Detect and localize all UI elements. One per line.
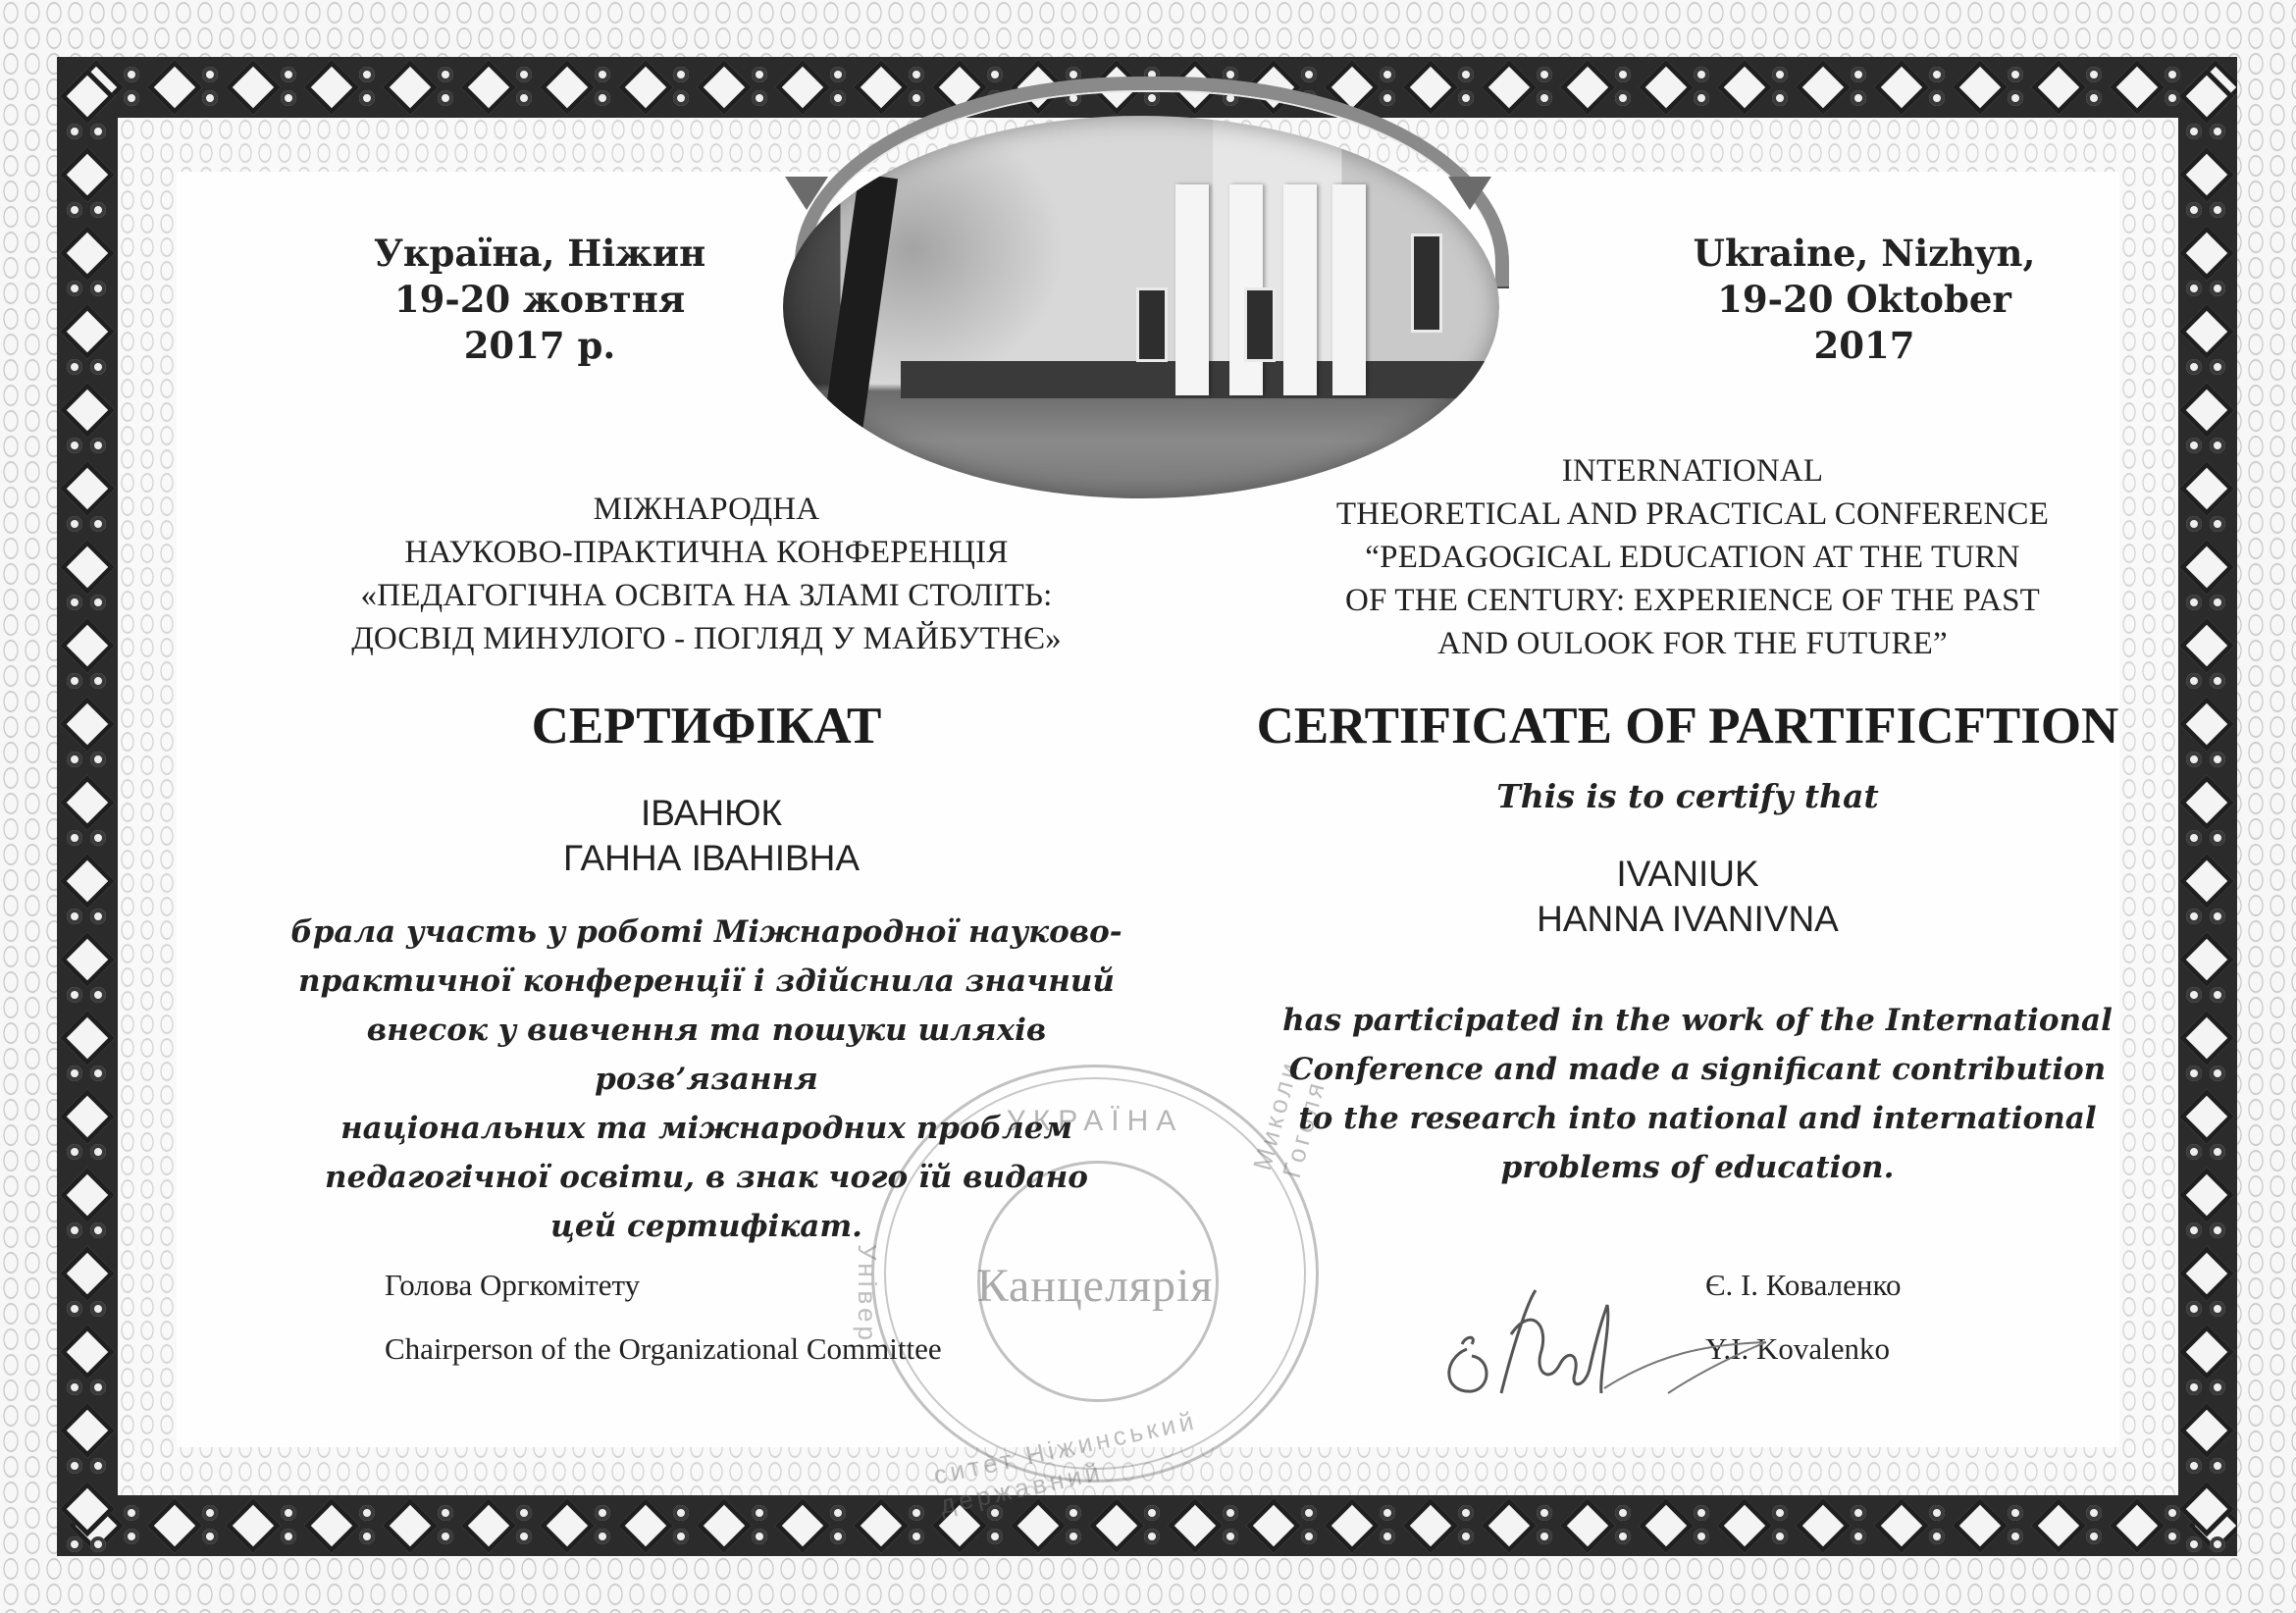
conference-line: OF THE CENTURY: EXPERIENCE OF THE PAST <box>1226 579 2159 622</box>
surname-en: IVANIUK <box>1354 852 2021 897</box>
description-line: problems of education. <box>1256 1143 2139 1192</box>
description-line: цей сертифікат. <box>265 1202 1148 1251</box>
seal-rim-left: Універ <box>852 1244 882 1344</box>
certificate-title-en: CERTIFICATE OF PARTIFICFTION <box>1217 697 2159 755</box>
recipient-name-en: IVANIUK HANNA IVANIVNA <box>1354 852 2021 942</box>
column <box>1332 184 1366 395</box>
conference-line: “PEDAGOGICAL EDUCATION AT THE TURN <box>1226 536 2159 579</box>
signatory-role-en: Chairperson of the Organizational Commit… <box>385 1331 942 1367</box>
given-names-uk: ГАННА ІВАНІВНА <box>392 836 1030 881</box>
conference-line: INTERNATIONAL <box>1226 449 2159 493</box>
participation-description-en: has participated in the work of the Inte… <box>1256 996 2139 1192</box>
surname-uk: ІВАНЮК <box>392 791 1030 836</box>
conference-line: МІЖНАРОДНА <box>235 488 1177 531</box>
description-line: has participated in the work of the Inte… <box>1256 996 2139 1045</box>
description-line: Conference and made a significant contri… <box>1256 1045 2139 1094</box>
conference-title-en: INTERNATIONAL THEORETICAL AND PRACTICAL … <box>1226 449 2159 665</box>
year-en: 2017 <box>1609 323 2119 369</box>
conference-line: AND OULOOK FOR THE FUTURE” <box>1226 622 2159 665</box>
dates-uk: 19-20 жовтня <box>294 277 785 323</box>
arch-ribbon-end-right <box>1448 177 1491 210</box>
certify-line: This is to certify that <box>1354 777 2021 815</box>
description-line: практичної конференції і здійснила значн… <box>265 957 1148 1006</box>
certificate-title-uk: СЕРТИФІКАТ <box>392 697 1020 755</box>
handwritten-signature <box>1433 1266 1786 1403</box>
recipient-name-uk: ІВАНЮК ГАННА ІВАНІВНА <box>392 791 1030 881</box>
year-uk: 2017 р. <box>294 323 785 369</box>
conference-title-uk: МІЖНАРОДНА НАУКОВО-ПРАКТИЧНА КОНФЕРЕНЦІЯ… <box>235 488 1177 660</box>
university-building-photo <box>783 116 1499 498</box>
conference-line: ДОСВІД МИНУЛОГО - ПОГЛЯД У МАЙБУТНЄ» <box>235 617 1177 660</box>
window <box>1244 287 1276 362</box>
place-en: Ukraine, Nizhyn, <box>1609 231 2119 277</box>
signatory-role-uk: Голова Оргкомітету <box>385 1268 640 1303</box>
dates-en: 19-20 Oktober <box>1609 277 2119 323</box>
conference-line: «ПЕДАГОГІЧНА ОСВІТА НА ЗЛАМІ СТОЛІТЬ: <box>235 574 1177 617</box>
given-names-en: HANNA IVANIVNA <box>1354 897 2021 942</box>
participation-description-uk: брала участь у роботі Міжнародної науков… <box>265 908 1148 1251</box>
place-uk: Україна, Ніжин <box>294 231 785 277</box>
diamond-ornament-strip <box>2176 57 2237 1556</box>
window <box>1136 287 1168 362</box>
description-line: to the research into national and intern… <box>1256 1094 2139 1143</box>
description-line: національних та міжнародних проблем <box>265 1104 1148 1153</box>
seal-center-text: Канцелярія <box>874 1259 1316 1313</box>
location-date-en: Ukraine, Nizhyn, 19-20 Oktober 2017 <box>1609 231 2119 369</box>
location-date-uk: Україна, Ніжин 19-20 жовтня 2017 р. <box>294 231 785 369</box>
description-line: внесок у вивчення та пошуки шляхів розв’… <box>265 1006 1148 1104</box>
column <box>1283 184 1317 395</box>
column <box>1175 184 1209 395</box>
conference-line: НАУКОВО-ПРАКТИЧНА КОНФЕРЕНЦІЯ <box>235 531 1177 574</box>
description-line: педагогічної освіти, в знак чого їй вида… <box>265 1153 1148 1202</box>
diamond-ornament-strip <box>57 57 118 1556</box>
conference-line: THEORETICAL AND PRACTICAL CONFERENCE <box>1226 493 2159 536</box>
diamond-ornament-strip <box>57 1495 2237 1556</box>
description-line: брала участь у роботі Міжнародної науков… <box>265 908 1148 957</box>
window <box>1411 234 1442 333</box>
